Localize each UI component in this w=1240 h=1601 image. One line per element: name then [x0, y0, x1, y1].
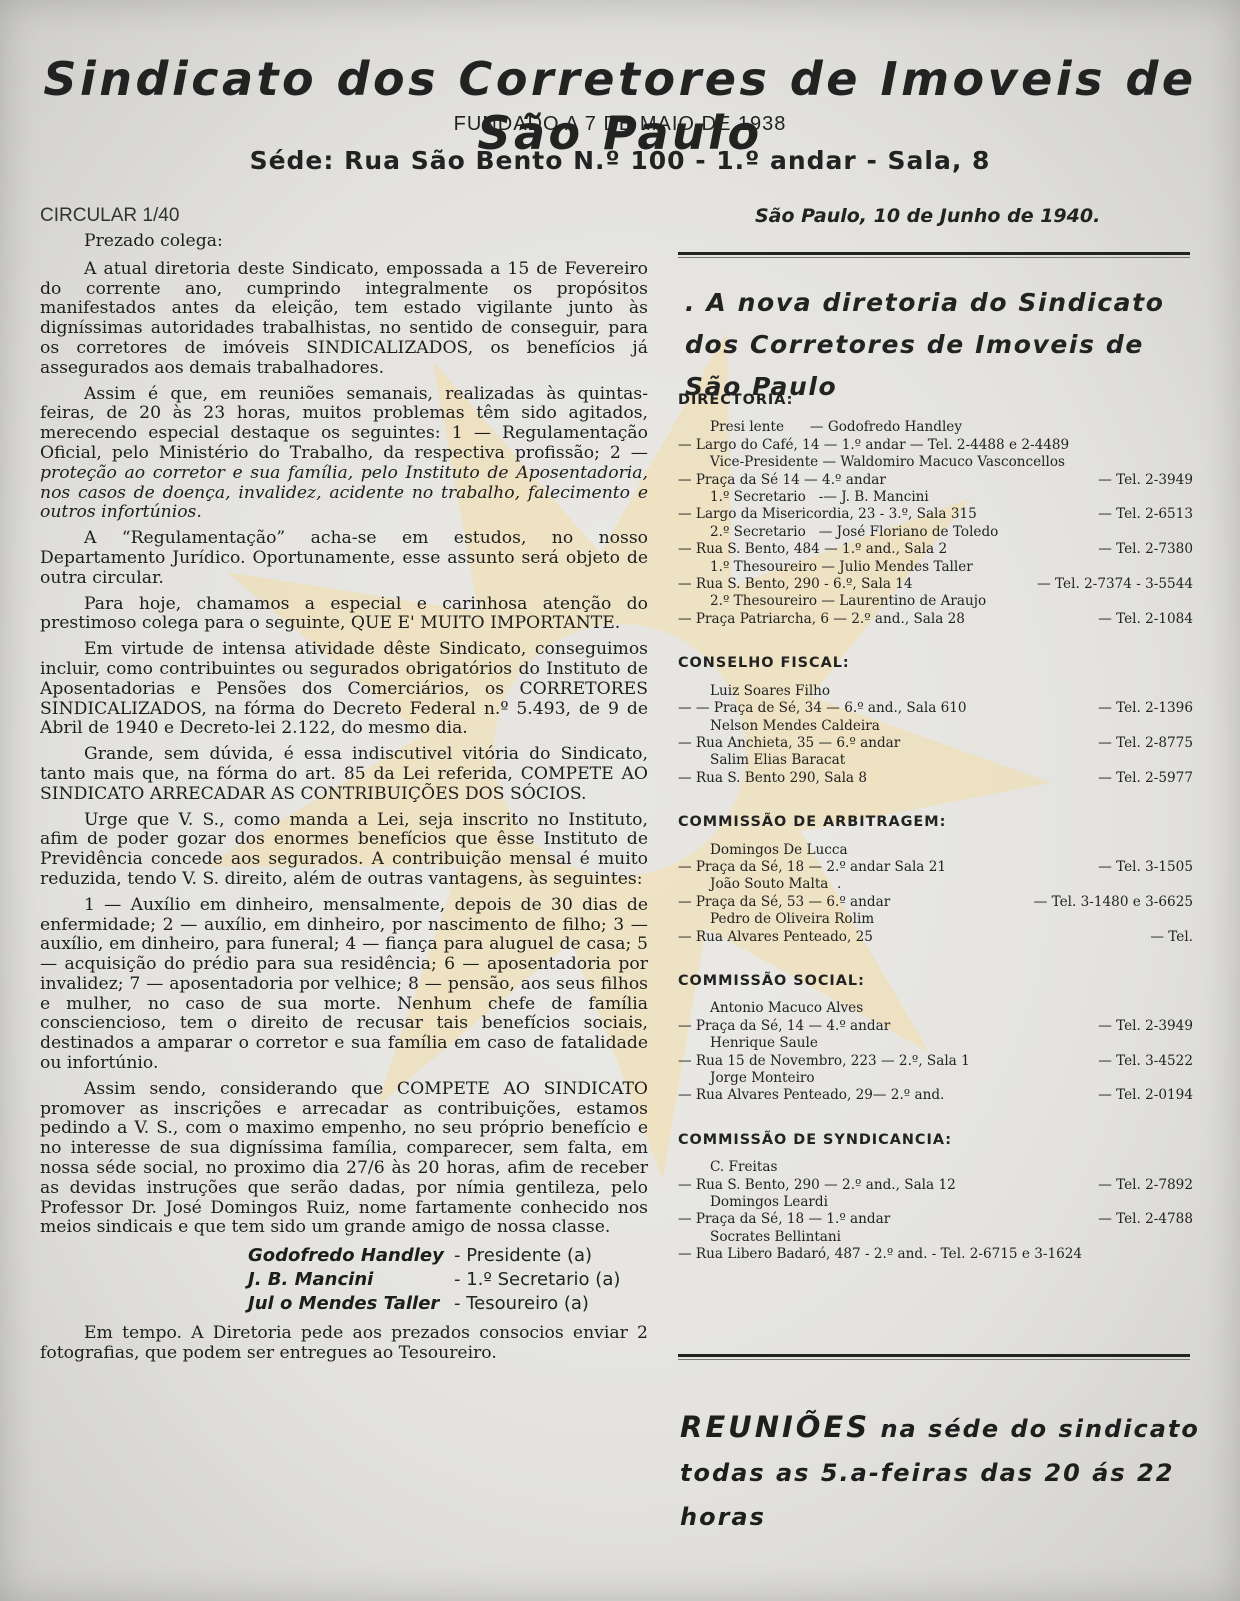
member-address: — Rua Alvares Penteado, 25— Tel.: [678, 929, 1193, 946]
member-name: 1.º Secretario -— J. B. Mancini: [678, 489, 1193, 506]
headquarters-address: Séde: Rua São Bento N.º 100 - 1.º andar …: [0, 146, 1240, 175]
member-name: 2.º Thesoureiro — Laurentino de Araujo: [678, 593, 1193, 610]
board-section: DIRECTORIA:Presi lente — Godofredo Handl…: [678, 392, 1193, 628]
member-address: — — Praça de Sé, 34 — 6.º and., Sala 610…: [678, 700, 1193, 717]
member-phone: — Tel. 2-7374 - 3-5544: [1037, 576, 1193, 593]
member-address: — Rua 15 de Novembro, 223 — 2.º, Sala 1—…: [678, 1053, 1193, 1070]
member-phone: — Tel. 2-4788: [1098, 1211, 1193, 1228]
member-name: Luiz Soares Filho: [678, 683, 1193, 700]
member-address: — Praça da Sé, 18 — 1.º andar— Tel. 2-47…: [678, 1211, 1193, 1228]
member-phone: — Tel. 2-0194: [1098, 1087, 1193, 1104]
salutation: Prezado colega:: [40, 232, 648, 252]
member-phone: — Tel. 2-1396: [1098, 700, 1193, 717]
member-phone: — Tel. 3-4522: [1098, 1053, 1193, 1070]
board-directory: DIRECTORIA:Presi lente — Godofredo Handl…: [678, 392, 1193, 1291]
paragraph: 1 — Auxílio em dinheiro, mensalmente, de…: [40, 896, 648, 1074]
member-name: Socrates Bellintani: [678, 1229, 1193, 1246]
member-phone: — Tel. 2-8775: [1098, 735, 1193, 752]
circular-number: CIRCULAR 1/40: [40, 205, 179, 227]
member-address: — Rua S. Bento 290, Sala 8— Tel. 2-5977: [678, 770, 1193, 787]
member-address: — Largo da Misericordia, 23 - 3.º, Sala …: [678, 506, 1193, 523]
member-phone: — Tel. 3-1480 e 3-6625: [1034, 894, 1193, 911]
member-name: Domingos De Lucca: [678, 842, 1193, 859]
board-title: . A nova diretoria do Sindicato dos Corr…: [685, 282, 1195, 408]
divider-top: [678, 252, 1190, 258]
letter-date: São Paulo, 10 de Junho de 1940.: [755, 205, 1100, 227]
paragraph: Assim sendo, considerando que COMPETE AO…: [40, 1080, 648, 1238]
member-address: — Praça Patriarcha, 6 — 2.º and., Sala 2…: [678, 611, 1193, 628]
section-heading: CONSELHO FISCAL:: [678, 655, 1193, 672]
paragraph: Assim é que, em reuniões semanais, reali…: [40, 385, 648, 524]
founded-line: FUNDADO A 7 DE MAIO DE 1938: [0, 113, 1240, 136]
member-address: — Rua Libero Badaró, 487 - 2.º and. - Te…: [678, 1246, 1193, 1263]
member-phone: — Tel. 2-5977: [1098, 770, 1193, 787]
member-address: — Largo do Café, 14 — 1.º andar — Tel. 2…: [678, 437, 1193, 454]
member-phone: — Tel. 2-3949: [1098, 1018, 1193, 1035]
section-heading: COMMISSÃO SOCIAL:: [678, 973, 1193, 990]
board-section: CONSELHO FISCAL:Luiz Soares Filho— — Pra…: [678, 655, 1193, 787]
union-title: Sindicato dos Corretores de Imoveis de S…: [0, 52, 1240, 160]
member-name: Vice-Presidente — Waldomiro Macuco Vasco…: [678, 454, 1193, 471]
section-heading: DIRECTORIA:: [678, 392, 1193, 409]
member-address: — Rua Anchieta, 35 — 6.º andar— Tel. 2-8…: [678, 735, 1193, 752]
italic-passage: proteção ao corretor e sua família, pelo…: [40, 463, 648, 523]
member-phone: — Tel. 2-1084: [1098, 611, 1193, 628]
section-heading: COMMISSÃO DE ARBITRAGEM:: [678, 814, 1193, 831]
circular-letter: Prezado colega: A atual diretoria deste …: [40, 232, 648, 1370]
board-section: COMMISSÃO DE ARBITRAGEM:Domingos De Lucc…: [678, 814, 1193, 946]
member-name: 2.º Secretario — José Floriano de Toledo: [678, 524, 1193, 541]
signature: Godofredo Handley- Presidente (a): [248, 1244, 648, 1268]
paragraph: A atual diretoria deste Sindicato, empos…: [40, 260, 648, 379]
meetings-notice: REUNIÕES na séde do sindicato todas as 5…: [680, 1405, 1200, 1539]
member-name: C. Freitas: [678, 1159, 1193, 1176]
member-address: — Praça da Sé 14 — 4.º andar— Tel. 2-394…: [678, 472, 1193, 489]
board-section: COMMISSÃO SOCIAL:Antonio Macuco Alves— P…: [678, 973, 1193, 1105]
member-address: — Rua S. Bento, 290 — 2.º and., Sala 12—…: [678, 1177, 1193, 1194]
paragraph: Urge que V. S., como manda a Lei, seja i…: [40, 811, 648, 890]
member-phone: — Tel. 2-6513: [1098, 506, 1193, 523]
paragraph: Para hoje, chamamos a especial e carinho…: [40, 595, 648, 635]
member-name: Jorge Monteiro: [678, 1070, 1193, 1087]
member-name: Nelson Mendes Caldeira: [678, 718, 1193, 735]
section-heading: COMMISSÃO DE SYNDICANCIA:: [678, 1132, 1193, 1149]
member-name: Domingos Leardi: [678, 1194, 1193, 1211]
meetings-word: REUNIÕES: [680, 1410, 870, 1444]
member-name: Henrique Saule: [678, 1035, 1193, 1052]
member-name: Salim Elias Baracat: [678, 752, 1193, 769]
member-name: 1.º Thesoureiro — Julio Mendes Taller: [678, 559, 1193, 576]
member-address: — Rua Alvares Penteado, 29— 2.º and.— Te…: [678, 1087, 1193, 1104]
member-address: — Rua S. Bento, 484 — 1.º and., Sala 2— …: [678, 541, 1193, 558]
member-phone: — Tel. 2-7892: [1098, 1177, 1193, 1194]
member-phone: — Tel. 2-3949: [1098, 472, 1193, 489]
signature-block: Godofredo Handley- Presidente (a) J. B. …: [40, 1244, 648, 1316]
member-phone: — Tel. 3-1505: [1098, 859, 1193, 876]
member-address: — Praça da Sé, 14 — 4.º andar— Tel. 2-39…: [678, 1018, 1193, 1035]
member-address: — Rua S. Bento, 290 - 6.º, Sala 14— Tel.…: [678, 576, 1193, 593]
member-name: João Souto Malta .: [678, 876, 1193, 893]
signature: J. B. Mancini- 1.º Secretario (a): [248, 1268, 648, 1292]
member-phone: — Tel. 2-7380: [1098, 541, 1193, 558]
postscript: Em tempo. A Diretoria pede aos prezados …: [40, 1324, 648, 1364]
member-phone: — Tel.: [1150, 929, 1193, 946]
meetings-schedule: todas as 5.a-feiras das 20 ás 22 horas: [680, 1451, 1200, 1539]
board-section: COMMISSÃO DE SYNDICANCIA:C. Freitas— Rua…: [678, 1132, 1193, 1264]
paragraph: A “Regulamentação” acha-se em estudos, n…: [40, 529, 648, 588]
signature: Jul o Mendes Taller- Tesoureiro (a): [248, 1292, 648, 1316]
member-address: — Praça da Sé, 53 — 6.º andar— Tel. 3-14…: [678, 894, 1193, 911]
member-address: — Praça da Sé, 18 — 2.º andar Sala 21— T…: [678, 859, 1193, 876]
member-name: Antonio Macuco Alves: [678, 1000, 1193, 1017]
member-name: Pedro de Oliveira Rolim: [678, 911, 1193, 928]
divider-bottom: [678, 1354, 1190, 1360]
paragraph: Grande, sem dúvida, é essa indiscutivel …: [40, 745, 648, 804]
member-name: Presi lente — Godofredo Handley: [678, 419, 1193, 436]
paragraph: Em virtude de intensa atividade dêste Si…: [40, 640, 648, 739]
